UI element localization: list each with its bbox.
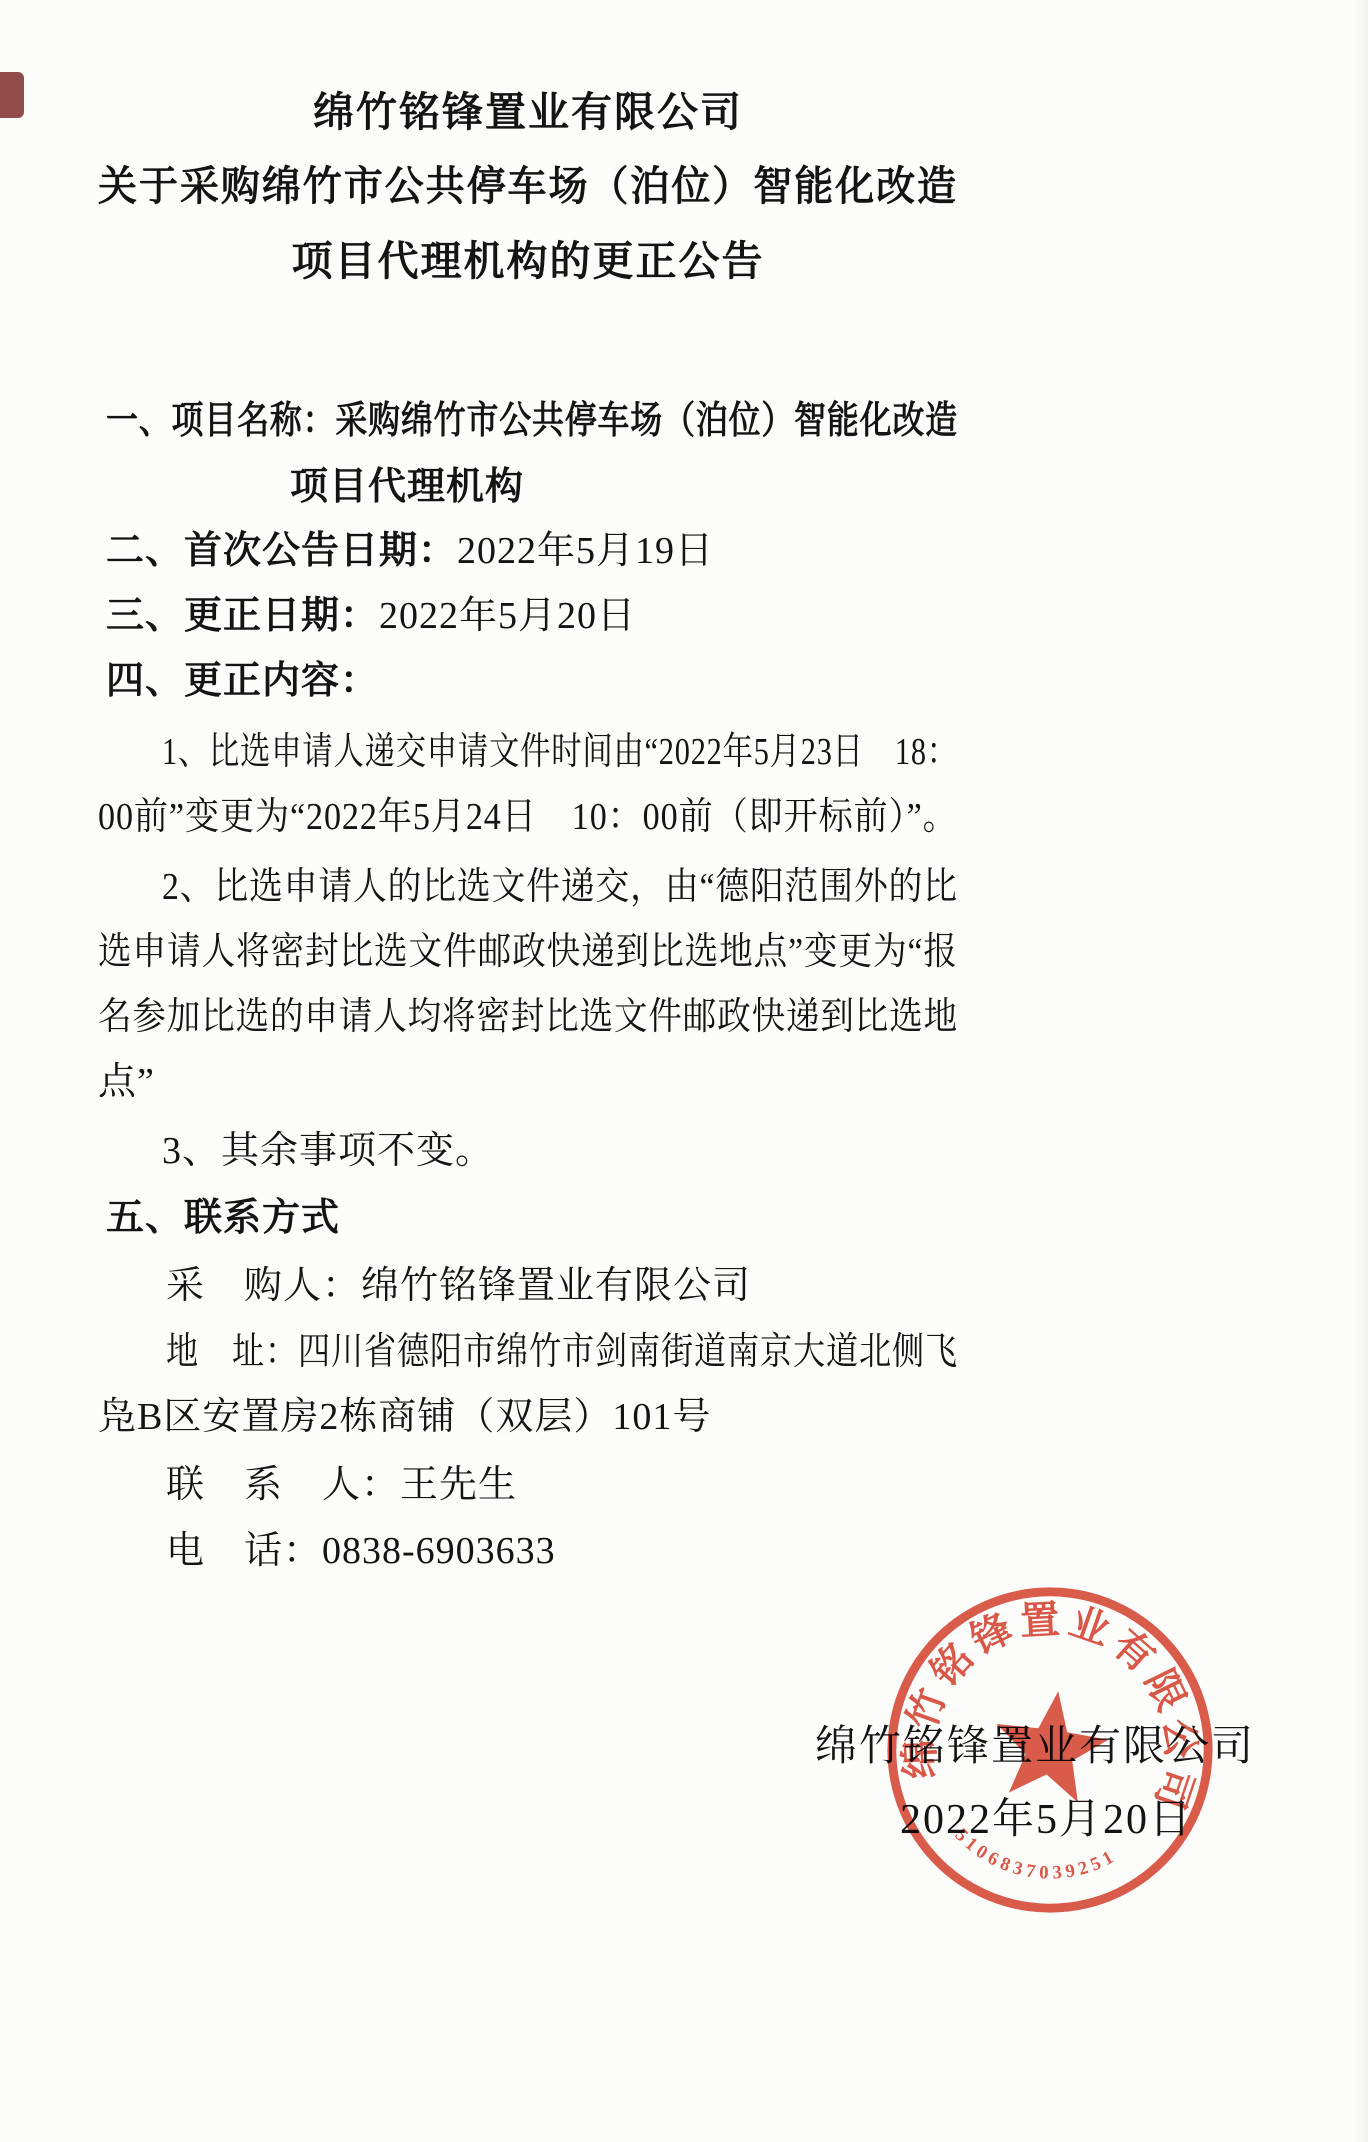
doc-title-line2: 关于采购绵竹市公共停车场（泊位）智能化改造 — [98, 164, 917, 210]
contact-person: 联 系 人：王先生 — [166, 1464, 517, 1507]
field-label: 三、更正日期： — [106, 595, 379, 637]
section-contact-header: 五、联系方式 — [106, 1197, 340, 1240]
section-first-announcement-date: 二、首次公告日期：2022年5月19日 — [106, 530, 714, 573]
company-seal: 绵竹铭锋置业有限公司 5106837039251 — [860, 1560, 1239, 1939]
contact-purchaser: 采 购人：绵竹铭锋置业有限公司 — [166, 1265, 751, 1308]
correction-item-2-line3: 名参加比选的申请人均将密封比选文件邮政快递到比选地 — [98, 996, 857, 1039]
correction-item-1-line1: 1、比选申请人递交申请文件时间由“2022年5月23日 18： — [162, 731, 797, 774]
correction-item-2-line4: 点” — [98, 1061, 155, 1104]
seal-star-icon — [987, 1683, 1114, 1805]
correction-item-2-line1: 2、比选申请人的比选文件递交，由“德阳范围外的比 — [162, 866, 869, 909]
field-label: 二、首次公告日期： — [106, 530, 457, 572]
scanned-announcement-page: 绵竹铭锋置业有限公司 关于采购绵竹市公共停车场（泊位）智能化改造 项目代理机构的… — [0, 0, 1368, 2142]
correction-item-1-line2: 00前”变更为“2022年5月24日 10：00前（即开标前）”。 — [98, 796, 870, 839]
section-project-name-line2: 项目代理机构 — [290, 466, 524, 509]
contact-phone: 电 话：0838-6903633 — [166, 1530, 556, 1573]
scan-corner-mark — [0, 72, 24, 118]
contact-address-line2: 凫B区安置房2栋商铺（双层）101号 — [98, 1396, 711, 1439]
field-value: 2022年5月19日 — [457, 530, 714, 572]
section-correction-content-header: 四、更正内容： — [106, 660, 379, 703]
field-value: 2022年5月20日 — [379, 595, 636, 637]
doc-title-company: 绵竹铭锋置业有限公司 — [98, 90, 958, 136]
correction-item-2-line2: 选申请人将密封比选文件邮政快递到比选地点”变更为“报 — [98, 931, 859, 974]
contact-address-line1: 地 址：四川省德阳市绵竹市剑南街道南京大道北侧飞 — [166, 1331, 836, 1374]
correction-item-3: 3、其余事项不变。 — [162, 1130, 494, 1173]
section-project-name-line1: 一、项目名称：采购绵竹市公共停车场（泊位）智能化改造 — [106, 400, 822, 443]
section-correction-date: 三、更正日期：2022年5月20日 — [106, 595, 636, 638]
doc-title-line3: 项目代理机构的更正公告 — [98, 239, 958, 285]
